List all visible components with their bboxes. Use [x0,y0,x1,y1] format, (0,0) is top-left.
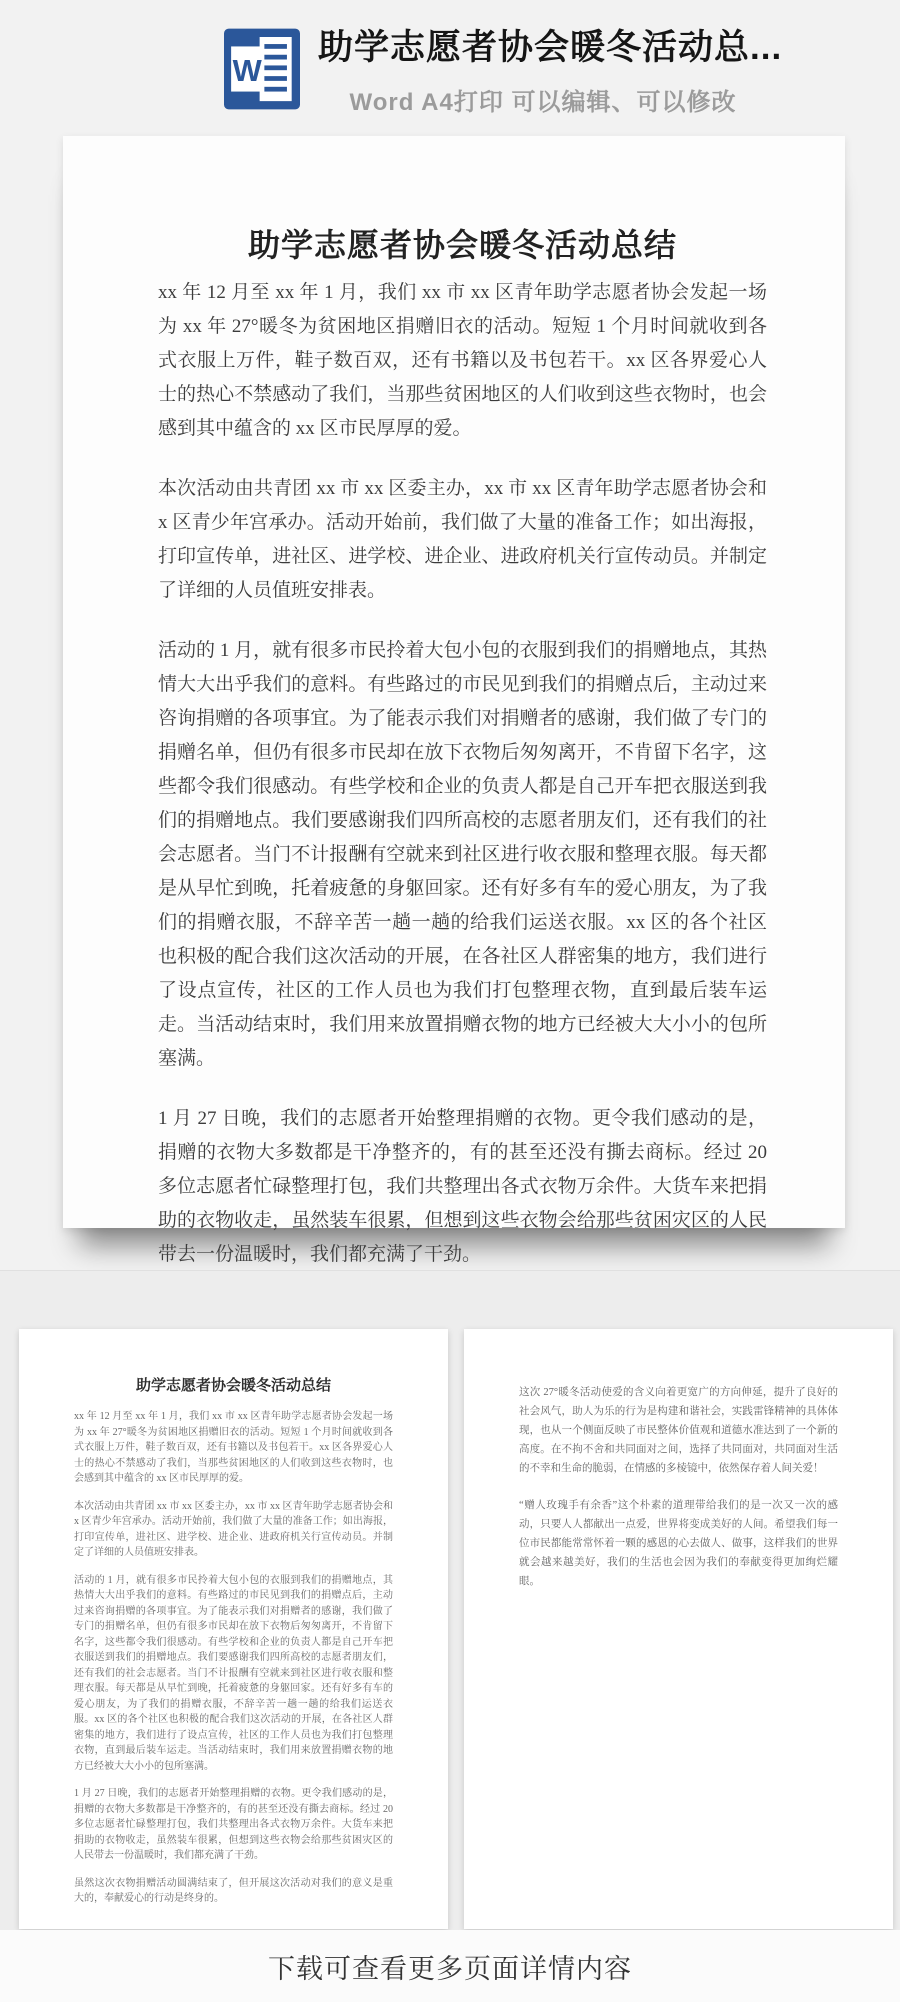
paragraph: 本次活动由共青团 xx 市 xx 区委主办，xx 市 xx 区青年助学志愿者协会… [158,472,767,608]
word-icon-letter: W [233,53,263,88]
page-preview-1: 助学志愿者协会暖冬活动总结 xx 年 12 月至 xx 年 1 月，我们 xx … [63,136,845,1228]
thumbnail-doc-body: xx 年 12 月至 xx 年 1 月，我们 xx 市 xx 区青年助学志愿者协… [74,1409,393,1907]
paragraph: 这次 27°暖冬活动使爱的含义向着更宽广的方向伸延，提升了良好的社会风气，助人为… [519,1383,838,1478]
more-pages-section: 助学志愿者协会暖冬活动总结 xx 年 12 月至 xx 年 1 月，我们 xx … [0,1270,900,1930]
paragraph: 本次活动由共青团 xx 市 xx 区委主办，xx 市 xx 区青年助学志愿者协会… [74,1499,393,1561]
paragraph: 活动的 1 月，就有很多市民拎着大包小包的衣服到我们的捐赠地点，其热情大大出乎我… [158,634,767,1076]
doc-body: xx 年 12 月至 xx 年 1 月，我们 xx 市 xx 区青年助学志愿者协… [158,276,767,1366]
site-header: W 助学志愿者协会暖冬活动总... Word A4打印 可以编辑、可以修改 [0,0,900,137]
paragraph: xx 年 12 月至 xx 年 1 月，我们 xx 市 xx 区青年助学志愿者协… [74,1409,393,1487]
header-text: 助学志愿者协会暖冬活动总... Word A4打印 可以编辑、可以修改 [318,26,768,117]
paragraph: 1 月 27 日晚，我们的志愿者开始整理捐赠的衣物。更令我们感动的是，捐赠的衣物… [158,1102,767,1272]
page-thumbnail-1-content: 助学志愿者协会暖冬活动总结 xx 年 12 月至 xx 年 1 月，我们 xx … [19,1329,448,1907]
paragraph: xx 年 12 月至 xx 年 1 月，我们 xx 市 xx 区青年助学志愿者协… [158,276,767,446]
doc-title: 助学志愿者协会暖冬活动总结 [158,222,767,268]
file-format-note: Word A4打印 可以编辑、可以修改 [318,82,768,117]
file-title: 助学志愿者协会暖冬活动总... [318,26,768,70]
doc-content: 助学志愿者协会暖冬活动总结 xx 年 12 月至 xx 年 1 月，我们 xx … [63,136,845,1366]
download-hint: 下载可查看更多页面详情内容 [268,1947,632,1986]
page-root: W 助学志愿者协会暖冬活动总... Word A4打印 可以编辑、可以修改 助学… [0,0,900,2002]
paragraph: “赠人玫瑰手有余香”这个朴素的道理带给我们的是一次又一次的感动，只要人人都献出一… [519,1496,838,1591]
page-thumbnail-2-content: 这次 27°暖冬活动使爱的含义向着更宽广的方向伸延，提升了良好的社会风气，助人为… [464,1329,893,1591]
paragraph: 1 月 27 日晚，我们的志愿者开始整理捐赠的衣物。更令我们感动的是，捐赠的衣物… [74,1786,393,1864]
paragraph: 虽然这次衣物捐赠活动圆满结束了，但开展这次活动对我们的意义是重大的，奉献爱心的行… [74,1876,393,1907]
thumbnail-doc-title: 助学志愿者协会暖冬活动总结 [74,1375,393,1397]
word-file-icon: W [224,28,300,110]
page-thumbnail-2[interactable]: 这次 27°暖冬活动使爱的含义向着更宽广的方向伸延，提升了良好的社会风气，助人为… [464,1329,893,1929]
site-footer: 下载可查看更多页面详情内容 [0,1930,900,2002]
page-thumbnail-1[interactable]: 助学志愿者协会暖冬活动总结 xx 年 12 月至 xx 年 1 月，我们 xx … [19,1329,448,1929]
paragraph: 活动的 1 月，就有很多市民拎着大包小包的衣服到我们的捐赠地点，其热情大大出乎我… [74,1573,393,1775]
